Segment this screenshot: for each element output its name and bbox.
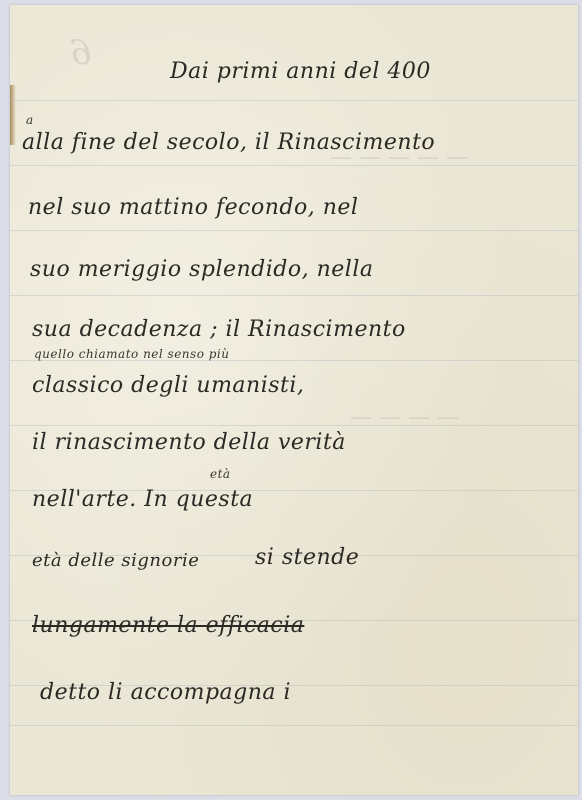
- struck-line: lungamente la efficacia: [32, 613, 304, 638]
- interlinear-insertion-2: età: [210, 467, 231, 481]
- torn-edge: [10, 85, 16, 145]
- bleedthrough-page-number: 6: [70, 33, 92, 73]
- ruled-line: [10, 725, 578, 726]
- ruled-line: [10, 425, 578, 426]
- text-line-8: nell'arte. In questa: [32, 487, 253, 512]
- interlinear-insertion: quello chiamato nel senso più: [34, 347, 229, 361]
- text-line-9b: si stende: [255, 545, 359, 570]
- text-line-9a: età delle signorie: [32, 550, 199, 571]
- text-line-3: nel suo mattino fecondo, nel: [28, 195, 358, 220]
- ruled-line: [10, 295, 578, 296]
- text-line-2: alla fine del secolo, il Rinascimento: [22, 130, 435, 155]
- text-line-4: suo meriggio splendido, nella: [30, 257, 373, 282]
- ruled-line: [10, 100, 578, 101]
- text-line-5: sua decadenza ; il Rinascimento: [32, 317, 406, 342]
- ruled-line: [10, 230, 578, 231]
- text-line-10: detto li accompagna i: [40, 680, 291, 705]
- manuscript-page: 6 — — — — — — — — — Dai primi anni del 4…: [10, 5, 578, 795]
- ruled-line: [10, 165, 578, 166]
- text-line-1: Dai primi anni del 400: [170, 59, 431, 84]
- text-line-7: il rinascimento della verità: [32, 430, 346, 455]
- text-line-6: classico degli umanisti,: [32, 373, 304, 398]
- bleedthrough-text: — — — —: [350, 405, 459, 430]
- insertion-a: a: [26, 113, 34, 127]
